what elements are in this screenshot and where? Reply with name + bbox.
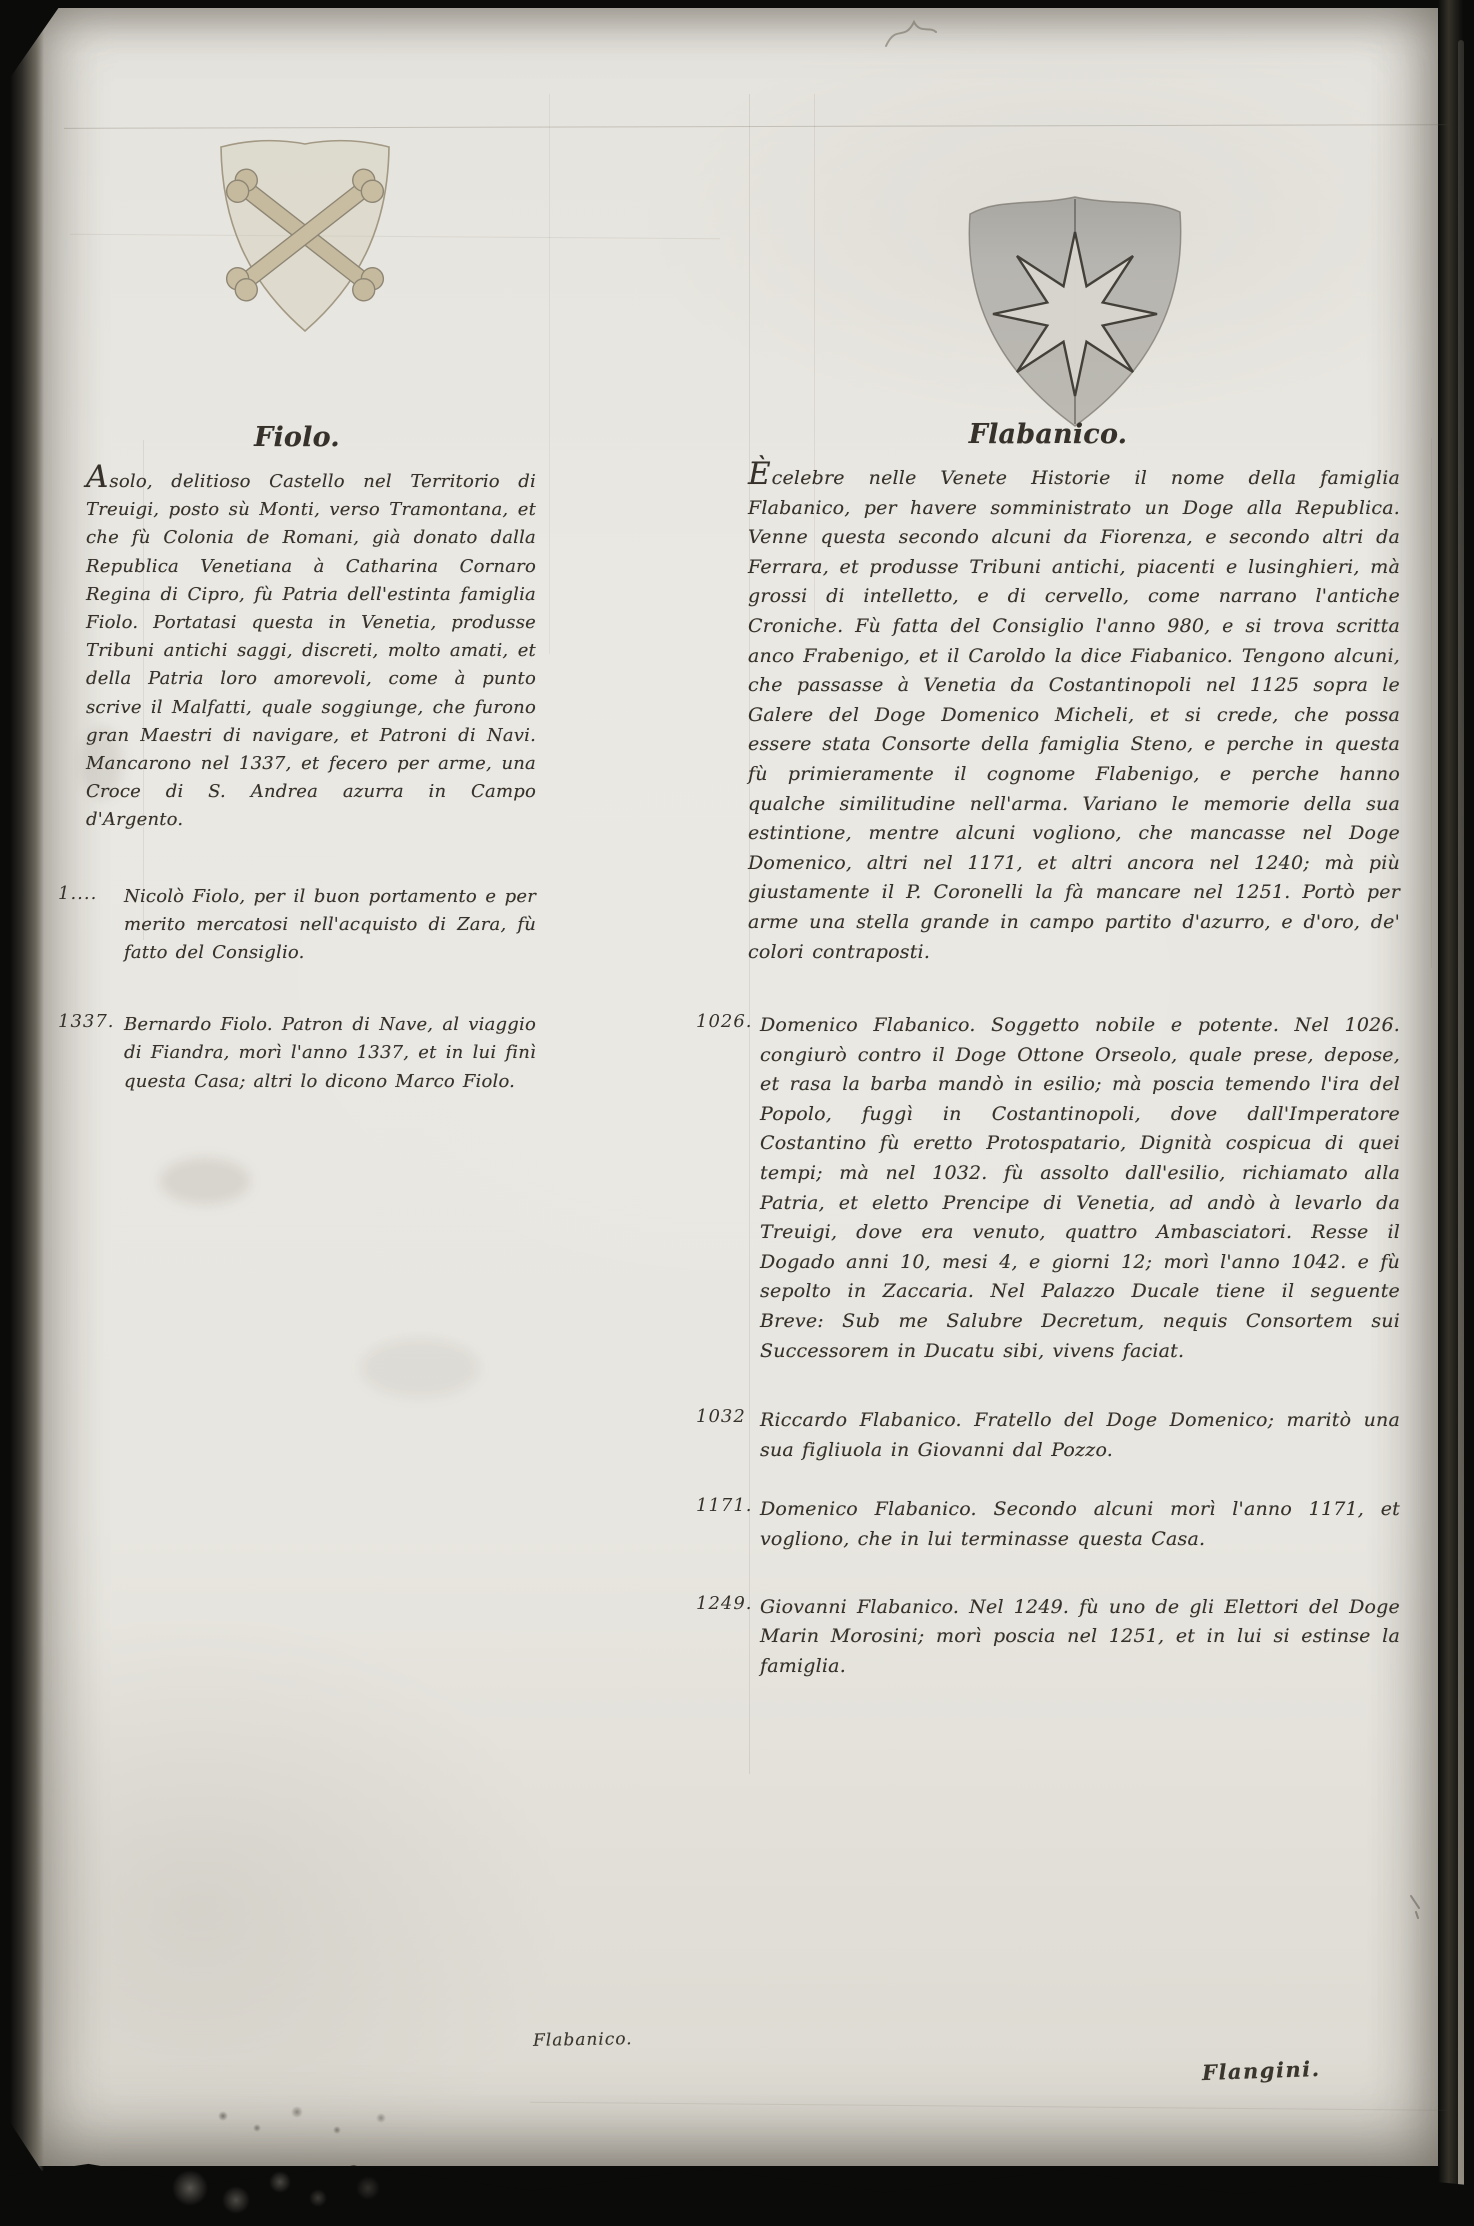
fiolo-intro-paragraph: Asolo, delitioso Castello nel Territorio… [86, 467, 536, 835]
scan-left-page-edges [10, 0, 44, 2226]
column-fiolo: Fiolo. Asolo, delitioso Castello nel Ter… [58, 422, 536, 1096]
entry-text: Nicolò Fiolo, per il buon portamento e p… [124, 883, 536, 968]
flabanico-intro-text: celebre nelle Venete Historie il nome de… [748, 467, 1400, 963]
margin-rule-line [1431, 438, 1432, 968]
horizontal-crease-line [530, 2102, 1474, 2111]
family-entry: 1.... Nicolò Fiolo, per il buon portamen… [58, 883, 536, 968]
footer-catchword-flangini: Flangini. [1202, 2056, 1321, 2085]
margin-tick-icon [1408, 1894, 1422, 1920]
family-entry: 1171. Domenico Flabanico. Secondo alcuni… [696, 1495, 1400, 1554]
entry-year: 1026. [696, 1011, 760, 1032]
manuscript-scan: { "page": { "colors": { "paper": "#e8e6e… [0, 0, 1474, 2226]
drop-cap-initial: A [86, 459, 109, 495]
drop-cap-initial: È [748, 456, 772, 492]
entry-text: Riccardo Flabanico. Fratello del Doge Do… [760, 1406, 1400, 1465]
flabanico-intro-paragraph: Ècelebre nelle Venete Historie il nome d… [748, 464, 1400, 967]
paper-smudge [160, 1158, 250, 1204]
family-heading-flabanico: Flabanico. [696, 419, 1400, 450]
family-entry: 1249. Giovanni Flabanico. Nel 1249. fù u… [696, 1593, 1400, 1682]
family-heading-fiolo: Fiolo. [58, 422, 536, 453]
crossed-bones-shield-icon [213, 127, 397, 337]
entry-year: 1.... [58, 883, 124, 904]
scan-right-margin [1438, 0, 1474, 2226]
entry-year: 1171. [696, 1495, 760, 1516]
scan-bottom-blotches [150, 2158, 430, 2220]
entry-text: Giovanni Flabanico. Nel 1249. fù uno de … [760, 1593, 1400, 1682]
entry-text: Bernardo Fiolo. Patron di Nave, al viagg… [124, 1011, 536, 1096]
star-icon [993, 232, 1157, 396]
eight-pointed-star-shield-icon [958, 182, 1192, 434]
fiolo-intro-text: solo, delitioso Castello nel Territorio … [86, 471, 536, 830]
entry-year: 1032 [696, 1406, 760, 1427]
entry-year: 1337. [58, 1011, 124, 1032]
entry-year: 1249. [696, 1593, 760, 1614]
ink-specks [205, 2090, 435, 2150]
family-entry: 1026. Domenico Flabanico. Soggetto nobil… [696, 1011, 1400, 1366]
family-entry: 1032 Riccardo Flabanico. Fratello del Do… [696, 1406, 1400, 1465]
manuscript-page: Fiolo. Asolo, delitioso Castello nel Ter… [30, 8, 1438, 2166]
footer-catchword-flabanico: Flabanico. [533, 2029, 633, 2051]
column-rule-line [549, 94, 550, 654]
page-edge-highlight [1458, 40, 1464, 2190]
entry-text: Domenico Flabanico. Soggetto nobile e po… [760, 1011, 1400, 1366]
stray-pen-mark-icon [880, 12, 940, 56]
family-entry: 1337. Bernardo Fiolo. Patron di Nave, al… [58, 1011, 536, 1096]
entry-text: Domenico Flabanico. Secondo alcuni morì … [760, 1495, 1400, 1554]
column-flabanico: Flabanico. Ècelebre nelle Venete Histori… [696, 419, 1400, 1681]
paper-smudge [360, 1338, 480, 1398]
